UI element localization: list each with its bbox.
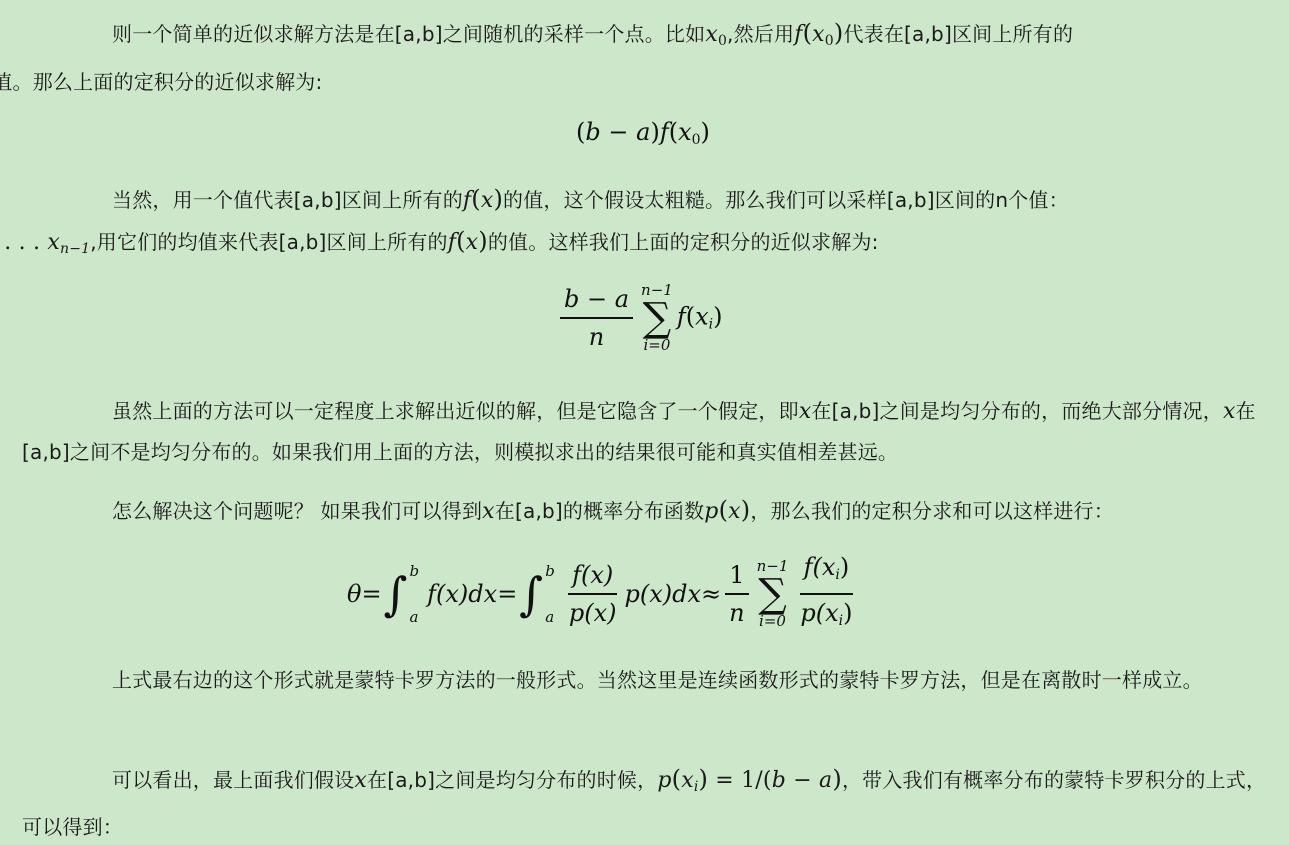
math-uniform-density: p(xi) = 1/(b − a) — [657, 768, 842, 793]
text: 在[a,b]之间是均匀分布的时候， — [367, 768, 657, 792]
math-x: x — [1223, 399, 1236, 424]
math-x: x — [799, 399, 812, 424]
fraction: f(x)p(x) — [565, 560, 621, 628]
text: ,用它们的均值来代表[a,b]区间上所有的 — [90, 230, 447, 254]
text: 虽然上面的方法可以一定程度上求解出近似的解，但是它隐含了一个假定，即 — [112, 399, 799, 423]
text: 则一个简单的近似求解方法是在[a,b]之间随机的采样一个点。比如 — [112, 22, 705, 46]
integral: ∫ba — [384, 562, 420, 626]
summation: n−1∑i=0 — [757, 558, 789, 630]
paragraph-uniform-assumption: 虽然上面的方法可以一定程度上求解出近似的解，但是它隐含了一个假定，即x在[a,b… — [22, 391, 1272, 472]
text: 代表在[a,b]区间上所有的 — [843, 22, 1073, 46]
math-sample-sequence: x0, x1, . . . xn−1 — [0, 230, 90, 255]
integral: ∫ba — [519, 562, 555, 626]
text: 的值。那么上面的定积分的近似求解为: — [0, 70, 322, 94]
paragraph-probability-density: 怎么解决这个问题呢？ 如果我们可以得到x在[a,b]的概率分布函数p(x)，那么… — [22, 490, 1272, 532]
fraction: f(xi)p(xi) — [796, 552, 856, 636]
paragraph-sampling-intro: 则一个简单的近似求解方法是在[a,b]之间随机的采样一个点。比如x0,然后用f(… — [22, 13, 1272, 103]
text: 当然，用一个值代表[a,b]区间上所有的 — [112, 188, 463, 212]
summation: n−1∑i=0 — [641, 282, 673, 354]
text: 的值，这个假设太粗糙。那么我们可以采样[a,b]区间的n个值： — [503, 188, 1069, 212]
text: 可以看出，最上面我们假设 — [112, 768, 354, 792]
math-f-x0: f(x0) — [794, 22, 843, 47]
math-p-x: p(x) — [704, 499, 750, 524]
text: ,然后用 — [727, 22, 794, 46]
text: 在[a,b]之间是均匀分布的，而绝大部分情况， — [811, 399, 1223, 423]
text: 在[a,b]的概率分布函数 — [495, 499, 705, 523]
math-x0: x0 — [705, 22, 727, 47]
text: 的值。这样我们上面的定积分的近似求解为: — [488, 230, 879, 254]
fraction: 1n — [725, 560, 748, 628]
math-x: x — [354, 768, 367, 793]
equation-mean-estimator: b − ann−1∑i=0f(xi) — [556, 282, 723, 354]
text: 怎么解决这个问题呢？ 如果我们可以得到 — [112, 499, 482, 523]
fraction: b − an — [560, 284, 633, 352]
text: 上式最右边的这个形式就是蒙特卡罗方法的一般形式。当然这里是连续函数形式的蒙特卡罗… — [112, 668, 1203, 692]
paragraph-monte-carlo-general-form: 上式最右边的这个形式就是蒙特卡罗方法的一般形式。当然这里是连续函数形式的蒙特卡罗… — [22, 660, 1272, 700]
paragraph-uniform-substitution: 可以看出，最上面我们假设x在[a,b]之间是均匀分布的时候，p(xi) = 1/… — [22, 759, 1272, 845]
math-x: x — [482, 499, 495, 524]
text: ，那么我们的定积分求和可以这样进行： — [750, 499, 1114, 523]
equation-monte-carlo-integral: θ = ∫ba f(x)dx = ∫ba f(x)p(x)p(x)dx ≈ 1n… — [347, 552, 861, 636]
math-f-x: f(x) — [448, 230, 488, 255]
equation-single-sample: (b − a)f(x0) — [576, 118, 710, 148]
math-f-x: f(x) — [463, 188, 503, 213]
paragraph-n-samples: 当然，用一个值代表[a,b]区间上所有的f(x)的值，这个假设太粗糙。那么我们可… — [22, 179, 1272, 269]
